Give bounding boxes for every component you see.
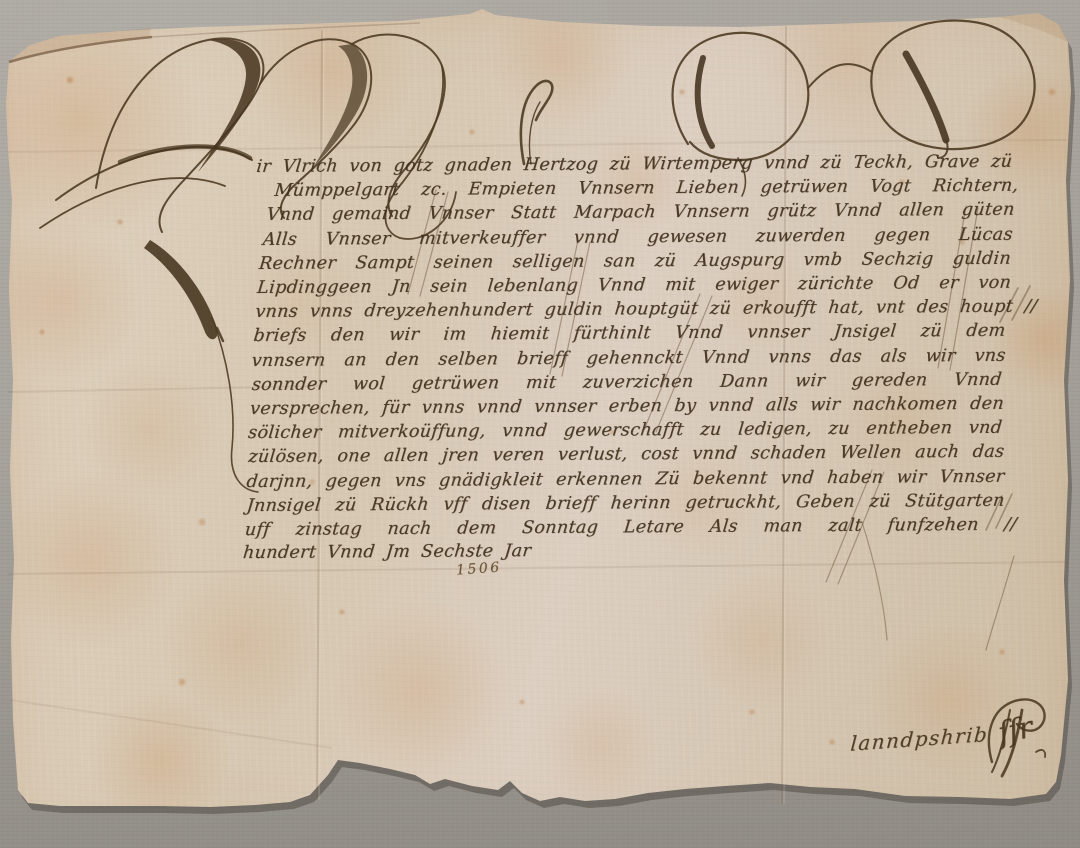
photograph-of-manuscript: { "manuscript": { "initial_letter": "W",… [0,0,1080,848]
signature-paraph: ſſr [996,713,1035,749]
date-notation: 1506 [455,559,502,578]
manuscript-line: hundert Vnnd Jm Sechste Jar [242,539,664,566]
